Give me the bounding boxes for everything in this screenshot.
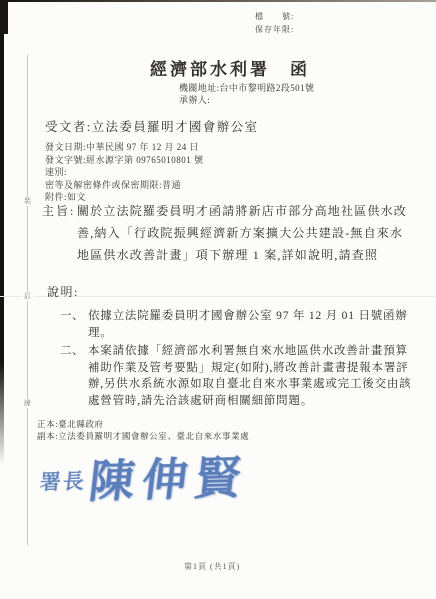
explanation-items: 一、 依據立法院羅委員明才國會辦公室 97 年 12 月 01 日號函辦理。 二… bbox=[60, 308, 416, 411]
cc-recipients: 副本:立法委員羅明才國會辦公室、臺北自來水事業處 bbox=[37, 430, 249, 442]
signature: 署長 陳伸賢 bbox=[37, 443, 299, 516]
scan-edge-top bbox=[0, 0, 436, 2]
security-class: 密等及解密條件或保密期限:普通 bbox=[45, 179, 204, 192]
item-text: 本案請依據「經濟部水利署無自來水地區供水改善計畫預算補助作業及管考要點」規定(如… bbox=[88, 343, 412, 409]
page-footer: 第1頁 (共1頁) bbox=[184, 561, 240, 572]
binding-mark-zhuang: 裝 bbox=[22, 197, 33, 206]
subject-text: 關於立法院羅委員明才函請將新店市部分高地社區供水改善,納入「行政院振興經濟新方案… bbox=[77, 200, 415, 266]
file-number-block: 檔 號: 保存年限: bbox=[255, 10, 294, 36]
explanation-item-1: 一、 依據立法院羅委員明才國會辦公室 97 年 12 月 01 日號函辦理。 bbox=[60, 308, 416, 341]
agency-info-block: 機關地址:台中市黎明路2段501號 承辦人: bbox=[179, 82, 314, 106]
binding-mark-ding: 訂 bbox=[22, 292, 33, 301]
explanation-label: 說明: bbox=[47, 283, 79, 300]
document-page: 裝 訂 線 檔 號: 保存年限: 經濟部水利署 函 機關地址:台中市黎明路2段5… bbox=[0, 0, 436, 599]
subject-block: 主旨: 關於立法院羅委員明才函請將新店市部分高地社區供水改善,納入「行政院振興經… bbox=[42, 200, 415, 266]
binding-mark-xian: 線 bbox=[22, 399, 33, 408]
item-number: 一、 bbox=[60, 308, 88, 325]
agency-address: 機關地址:台中市黎明路2段501號 bbox=[179, 82, 314, 94]
file-no-label: 檔 號: bbox=[255, 10, 294, 23]
meta-block: 發文日期:中華民國 97 年 12 月 24 日 發文字號:經水源字第 0976… bbox=[45, 141, 204, 204]
signature-name: 陳伸賢 bbox=[86, 441, 252, 510]
speed-class: 速別: bbox=[45, 166, 204, 179]
agency-contact: 承辦人: bbox=[179, 94, 314, 106]
issue-date: 發文日期:中華民國 97 年 12 月 24 日 bbox=[45, 141, 204, 154]
original-recipient: 正本:臺北縣政府 bbox=[37, 418, 249, 430]
document-title: 經濟部水利署 函 bbox=[150, 55, 310, 80]
item-number: 二、 bbox=[60, 343, 88, 360]
signature-title: 署長 bbox=[39, 465, 87, 496]
scan-edge-left bbox=[0, 0, 4, 465]
copies-block: 正本:臺北縣政府 副本:立法委員羅明才國會辦公室、臺北自來水事業處 bbox=[37, 418, 249, 442]
recipient-line: 受文者:立法委員羅明才國會辦公室 bbox=[45, 117, 258, 135]
explanation-item-2: 二、 本案請依據「經濟部水利署無自來水地區供水改善計畫預算補助作業及管考要點」規… bbox=[60, 343, 416, 409]
scan-edge-corner bbox=[0, 0, 8, 34]
retention-label: 保存年限: bbox=[255, 23, 294, 36]
reference-number: 發文字號:經水源字第 09765010801 號 bbox=[45, 154, 204, 167]
item-text: 依據立法院羅委員明才國會辦公室 97 年 12 月 01 日號函辦理。 bbox=[88, 308, 412, 341]
subject-label: 主旨: bbox=[42, 200, 77, 222]
